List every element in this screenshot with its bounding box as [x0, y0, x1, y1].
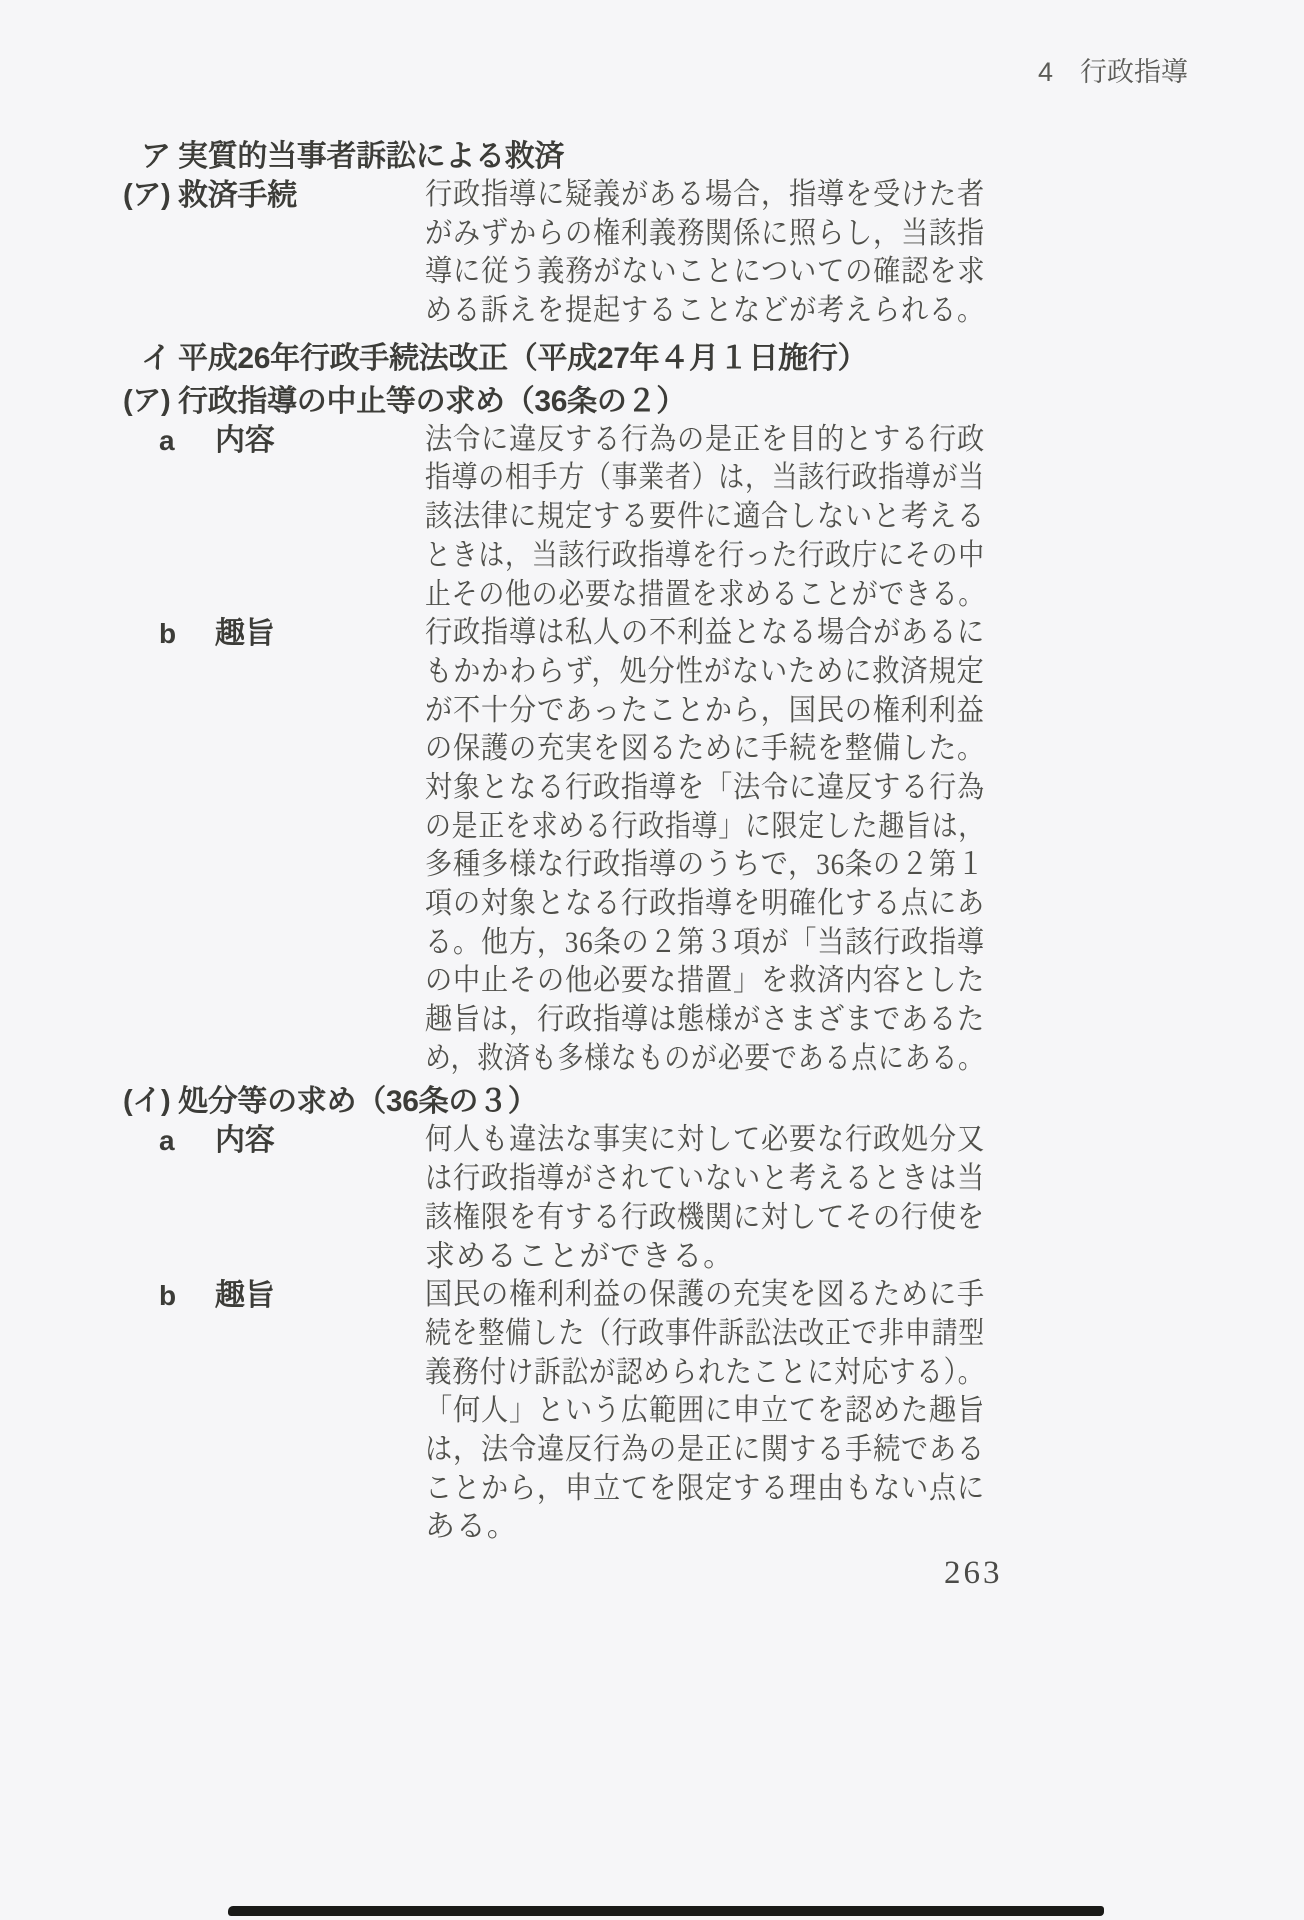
subsection-heading-chushi: (ア) 行政指導の中止等の求め（36条の２）: [0, 382, 1080, 421]
heading-title: 処分等の求め（36条の３）: [178, 1082, 537, 1121]
heading-title: 行政指導の中止等の求め（36条の２）: [178, 382, 686, 421]
running-header: 4 行政指導: [1038, 56, 1188, 88]
block-marker: b: [159, 1276, 215, 1315]
section-heading-i: イ 平成26年行政手続法改正（平成27年４月１日施行）: [0, 339, 1080, 378]
labeled-block-shushi-1: b 趣旨 行政指導は私人の不利益となる場合があるにもかかわらず，処分性がないため…: [0, 614, 1080, 1078]
block-marker: a: [159, 421, 215, 460]
block-label-col: b 趣旨: [0, 614, 425, 653]
page-content: ア 実質的当事者訴訟による救済 (ア) 救済手続 行政指導に疑義がある場合，指導…: [0, 137, 1080, 1547]
labeled-block-remedy-procedure: (ア) 救済手続 行政指導に疑義がある場合，指導を受けた者がみずからの権利義務関…: [0, 176, 1080, 331]
block-body-text: 行政指導は私人の不利益となる場合があるにもかかわらず，処分性がないために救済規定…: [425, 614, 985, 1078]
block-label-col: b 趣旨: [0, 1276, 425, 1315]
block-label-col: (ア) 救済手続: [0, 176, 425, 215]
block-label: 趣旨: [215, 614, 274, 653]
book-page: 4 行政指導 ア 実質的当事者訴訟による救済 (ア) 救済手続 行政指導に疑義が…: [0, 0, 1304, 1920]
block-marker: b: [159, 614, 215, 653]
heading-marker: ア: [141, 137, 178, 176]
block-body-text: 国民の権利利益の保護の充実を図るために手続を整備した（行政事件訴訟法改正で非申請…: [425, 1276, 985, 1547]
block-label-col: a 内容: [0, 1121, 425, 1160]
subsection-heading-shobun: (イ) 処分等の求め（36条の３）: [0, 1082, 1080, 1121]
block-body-text: 法令に違反する行為の是正を目的とする行政指導の相手方（事業者）は，当該行政指導が…: [425, 421, 985, 614]
chapter-number: 4: [1038, 56, 1053, 88]
scan-edge-artifact: [228, 1906, 1104, 1916]
heading-marker: (ア): [123, 382, 178, 421]
heading-marker: イ: [141, 339, 178, 378]
block-body-text: 行政指導に疑義がある場合，指導を受けた者がみずからの権利義務関係に照らし，当該指…: [425, 176, 985, 331]
page-number: 263: [944, 1554, 1003, 1592]
heading-title: 平成26年行政手続法改正（平成27年４月１日施行）: [178, 339, 867, 378]
chapter-title: 行政指導: [1080, 56, 1188, 88]
heading-marker: (イ): [123, 1082, 178, 1121]
block-marker: a: [159, 1121, 215, 1160]
labeled-block-shushi-2: b 趣旨 国民の権利利益の保護の充実を図るために手続を整備した（行政事件訴訟法改…: [0, 1276, 1080, 1547]
block-marker: (ア): [123, 176, 178, 215]
block-label: 内容: [215, 421, 274, 460]
block-body-text: 何人も違法な事実に対して必要な行政処分又は行政指導がされていないと考えるときは当…: [425, 1121, 985, 1276]
block-label-col: a 内容: [0, 421, 425, 460]
section-heading-a: ア 実質的当事者訴訟による救済: [0, 137, 1080, 176]
labeled-block-naiyou-1: a 内容 法令に違反する行為の是正を目的とする行政指導の相手方（事業者）は，当該…: [0, 421, 1080, 614]
labeled-block-naiyou-2: a 内容 何人も違法な事実に対して必要な行政処分又は行政指導がされていないと考え…: [0, 1121, 1080, 1276]
block-label: 救済手続: [178, 176, 297, 215]
heading-title: 実質的当事者訴訟による救済: [178, 137, 564, 176]
block-label: 趣旨: [215, 1276, 274, 1315]
block-label: 内容: [215, 1121, 274, 1160]
